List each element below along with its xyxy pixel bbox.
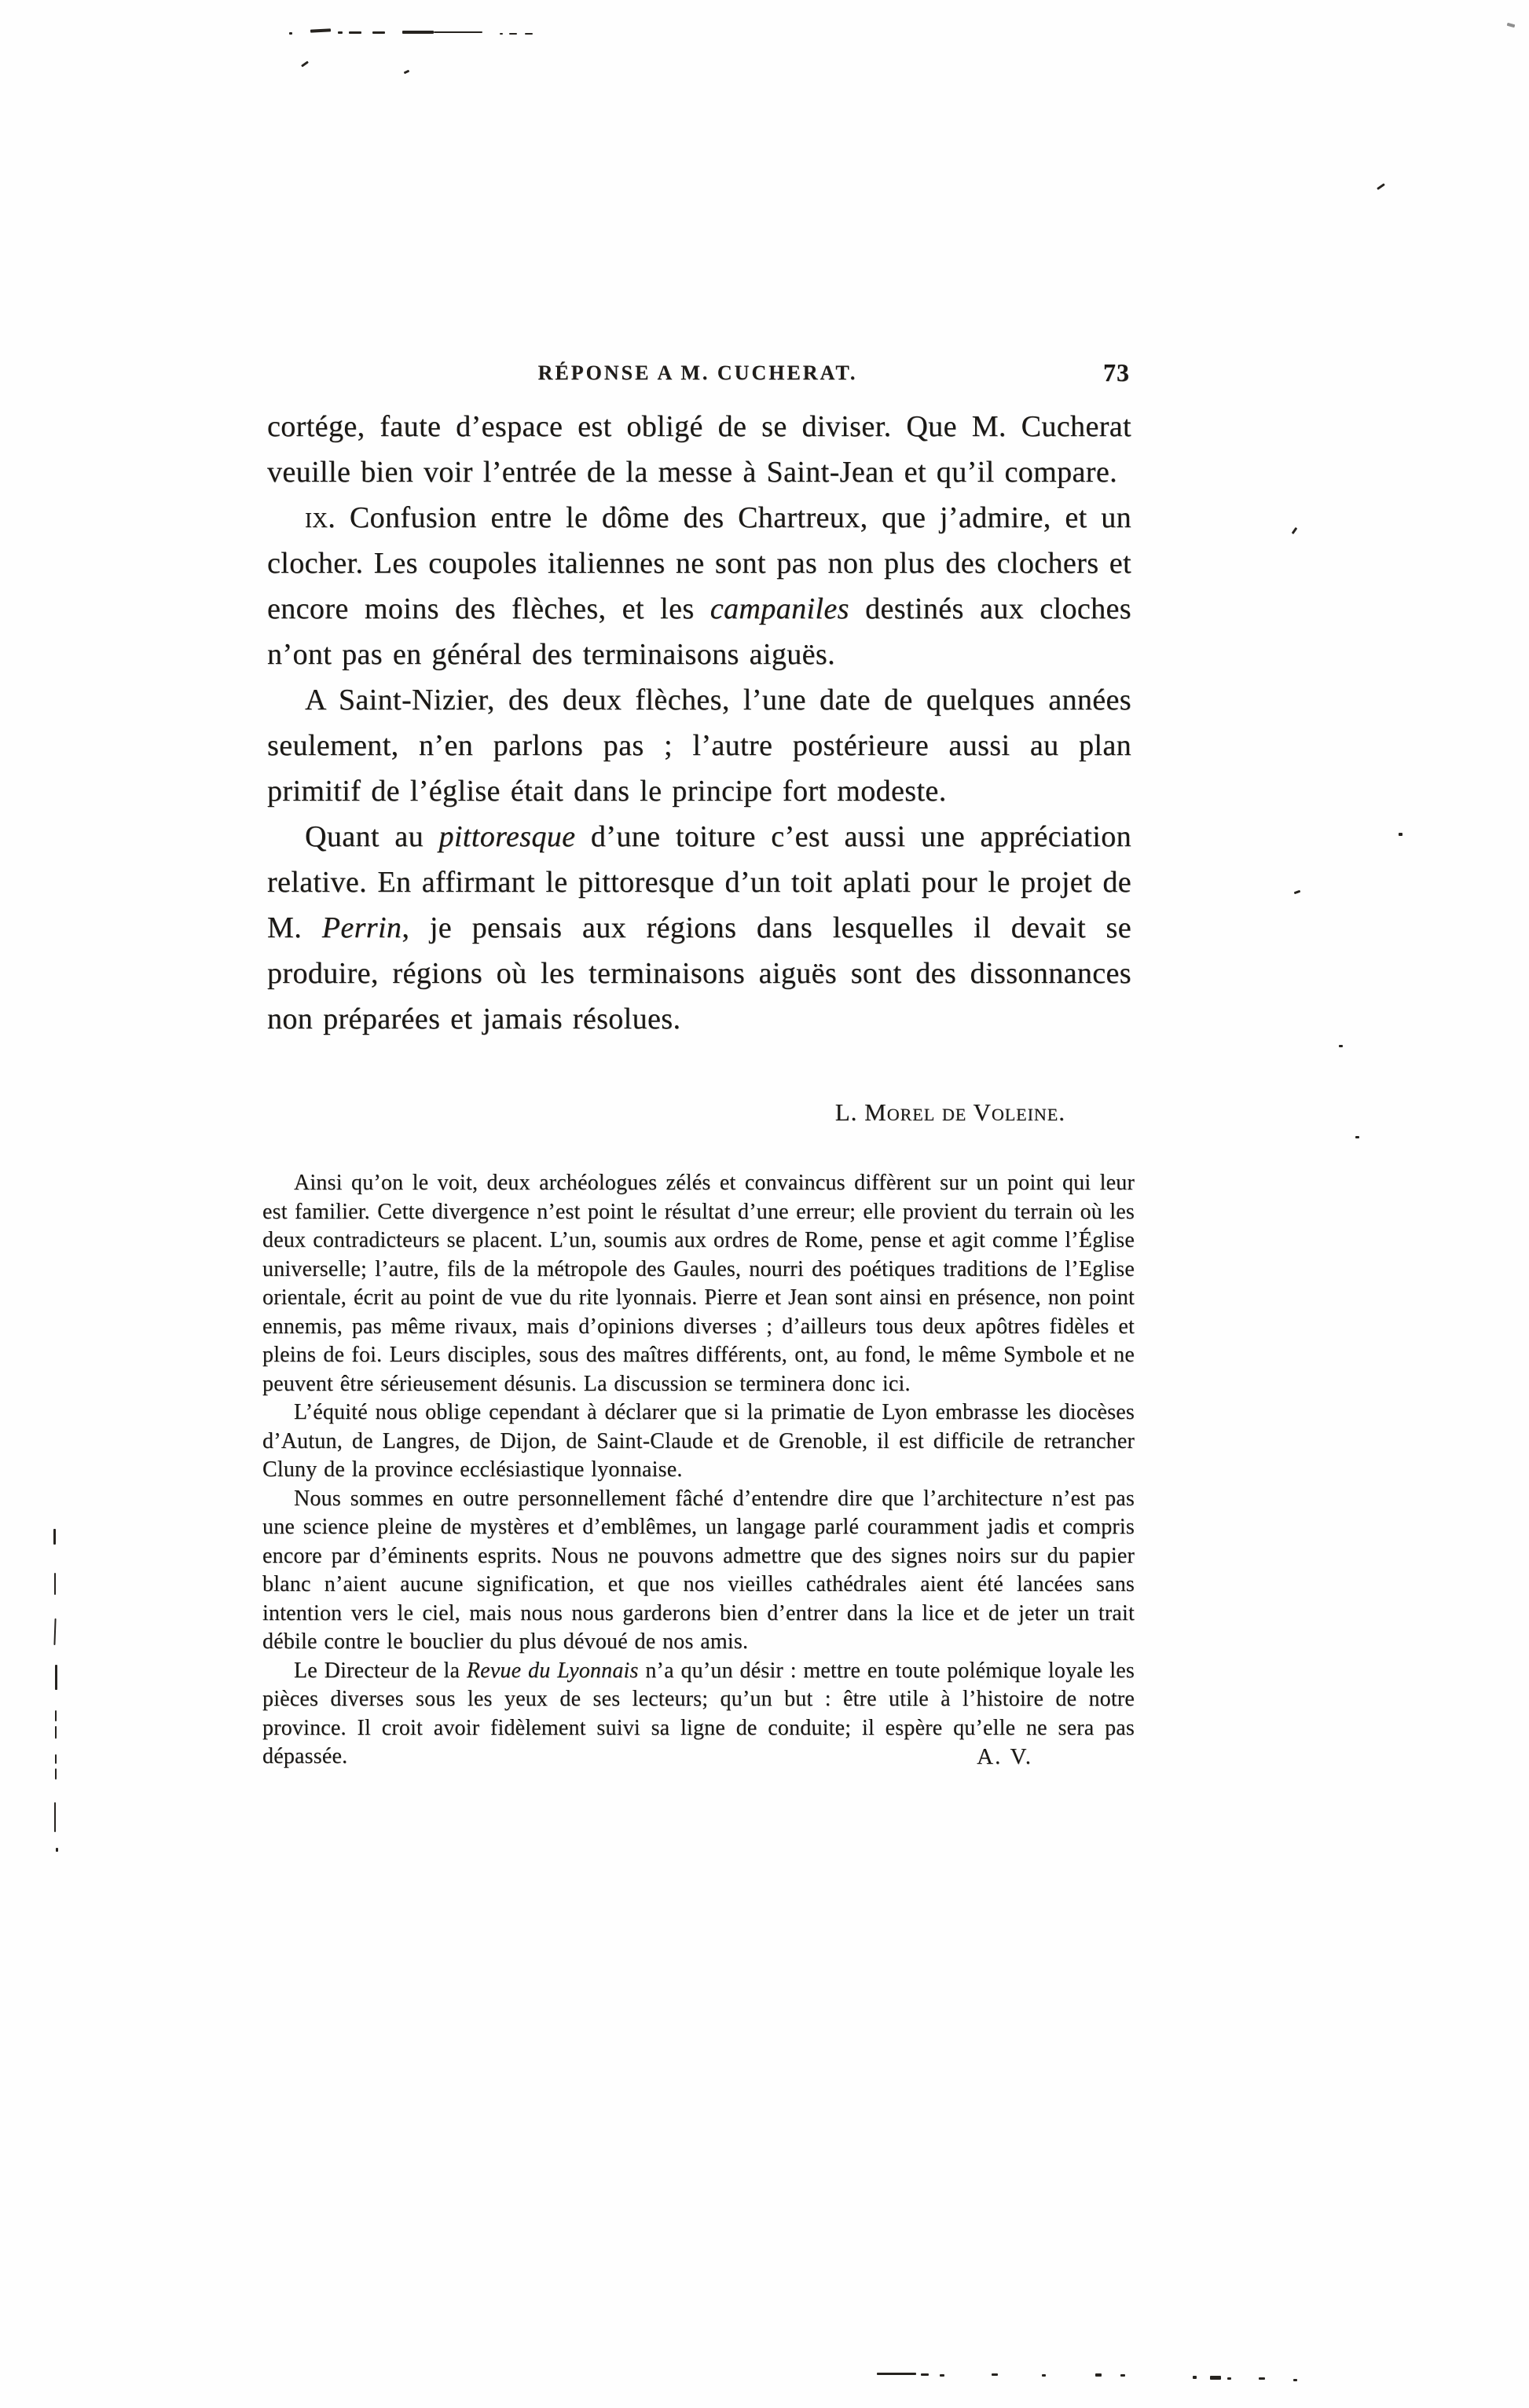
scan-speck [55, 1726, 57, 1739]
scan-speck [53, 1529, 56, 1545]
scan-speck [1042, 2374, 1046, 2377]
note-paragraph: Ainsi qu’on le voit, deux archéologues z… [262, 1169, 1135, 1398]
scan-speck [1193, 2376, 1197, 2379]
scan-speck [877, 2373, 916, 2375]
scan-speck [301, 60, 309, 67]
article-paragraph: Quant au pittoresque d’une toiture c’est… [267, 814, 1131, 1042]
note-paragraph: L’équité nous oblige cependant à déclare… [262, 1398, 1135, 1485]
scan-speck [402, 31, 434, 34]
scan-speck [509, 33, 517, 35]
scan-speck [1507, 23, 1516, 27]
scan-speck [1339, 1045, 1343, 1047]
scan-speck [1095, 2373, 1102, 2377]
article-paragraph: cortége, faute d’espace est obligé de se… [267, 404, 1131, 495]
scan-speck [1210, 2376, 1221, 2380]
scan-speck [54, 1573, 56, 1595]
scan-speck [56, 1848, 58, 1852]
article-paragraph: ix. Confusion entre le dôme des Chartreu… [267, 495, 1131, 677]
running-title: RÉPONSE A M. CUCHERAT. [264, 361, 1131, 385]
scan-speck [525, 33, 533, 35]
page-header: RÉPONSE A M. CUCHERAT. 73 [264, 361, 1131, 393]
scan-speck [921, 2373, 929, 2376]
scan-speck [289, 32, 292, 35]
scan-speck [338, 31, 343, 34]
article-body: cortége, faute d’espace est obligé de se… [267, 404, 1131, 1042]
scan-speck [310, 28, 331, 32]
scan-speck [1355, 1136, 1359, 1138]
page-number: 73 [1103, 358, 1130, 387]
scan-speck [1294, 890, 1301, 895]
scan-speck [500, 33, 503, 35]
scan-speck [55, 1768, 57, 1779]
note-signature: A. V. [945, 1743, 1032, 1772]
editor-note: Ainsi qu’on le voit, deux archéologues z… [262, 1169, 1135, 1772]
scan-speck [1399, 833, 1402, 836]
scan-speck [53, 1618, 56, 1645]
scan-speck [992, 2373, 998, 2376]
scan-speck [1120, 2374, 1125, 2377]
scan-speck [434, 31, 482, 33]
scan-speck [1293, 2379, 1297, 2381]
scan-speck [55, 1754, 57, 1764]
scan-speck [349, 31, 361, 34]
scan-speck [1227, 2377, 1231, 2380]
note-paragraph: Le Directeur de la Revue du Lyonnais n’a… [262, 1657, 1135, 1772]
scanned-book-page: RÉPONSE A M. CUCHERAT. 73 cortége, faute… [0, 0, 1529, 2408]
article-signature: L. Morel de Voleine. [267, 1098, 1131, 1127]
scan-speck [940, 2374, 944, 2377]
scan-speck [54, 1802, 56, 1832]
article-paragraph: A Saint-Nizier, des deux flèches, l’une … [267, 677, 1131, 814]
scan-speck [372, 31, 385, 34]
note-paragraph: Nous sommes en outre personnellement fâc… [262, 1485, 1135, 1657]
scan-speck [55, 1710, 57, 1721]
scan-speck [55, 1665, 57, 1690]
scan-speck [1259, 2377, 1265, 2380]
scan-speck [1377, 183, 1385, 190]
scan-speck [404, 70, 410, 75]
scan-speck [1292, 527, 1298, 534]
author-name: L. Morel de Voleine. [835, 1098, 1065, 1126]
